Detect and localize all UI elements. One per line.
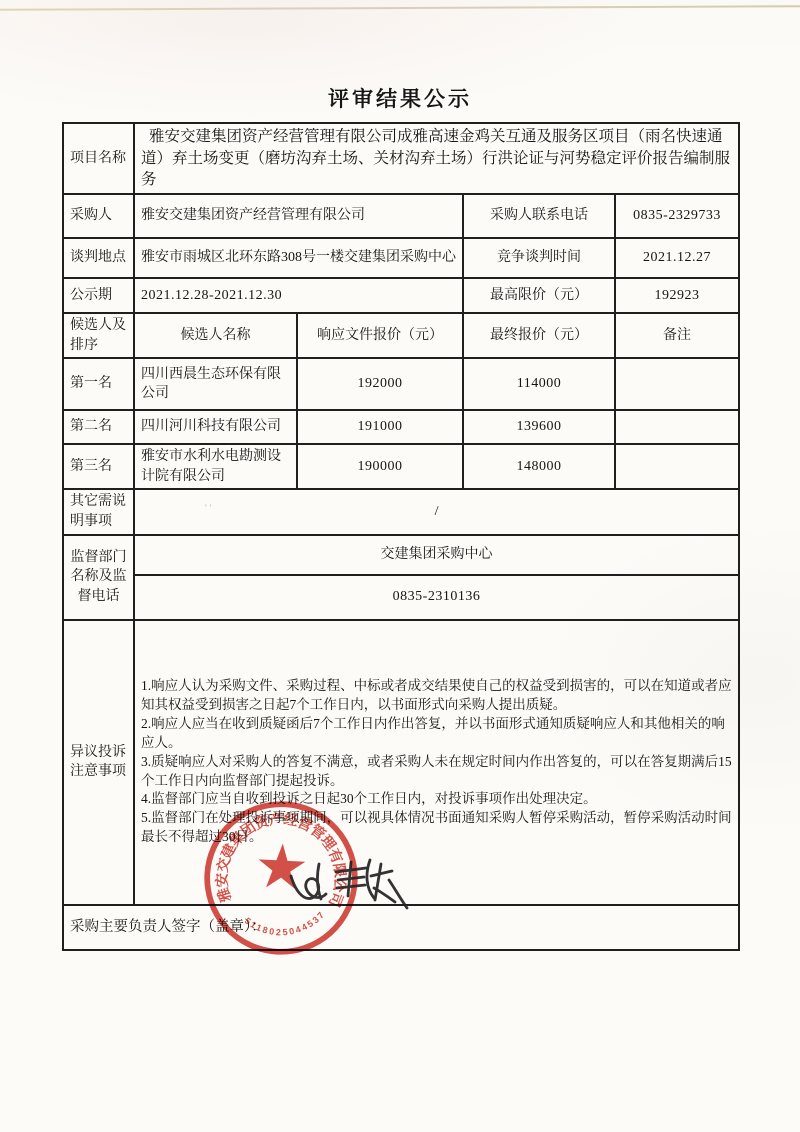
table-row-objection: 异议投诉注意事项 1.响应人认为采购文件、采购过程、中标或者成交结果使自己的权益… bbox=[63, 620, 739, 905]
negotiation-time-value: 2021.12.27 bbox=[615, 238, 739, 278]
signature-cell: 采购主要负责人签字（盖章）： bbox=[63, 905, 739, 950]
objection-item-2: 2.响应人应当在收到质疑函后7个工作日内作出答复，并以书面形式通知质疑响应人和其… bbox=[141, 715, 732, 753]
table-row-purchaser: 采购人 雅安交建集团资产经营管理有限公司 采购人联系电话 0835-232973… bbox=[63, 194, 739, 238]
max-price-label: 最高限价（元） bbox=[463, 278, 615, 313]
project-label: 项目名称 bbox=[63, 123, 134, 194]
candidates-header-row: 候选人及排序 候选人名称 响应文件报价（元） 最终报价（元） 备注 bbox=[63, 313, 739, 358]
scanned-document-page: 评审结果公示 项目名称 雅安交建集团资产经营管理有限公司成雅高速金鸡关互通及服务… bbox=[0, 0, 800, 1132]
table-row-location: 谈判地点 雅安市雨城区北环东路308号一楼交建集团采购中心 竞争谈判时间 202… bbox=[63, 238, 739, 278]
supervision-label: 监督部门名称及监督电话 bbox=[63, 535, 134, 620]
table-row-signature: 采购主要负责人签字（盖章）： bbox=[63, 905, 739, 950]
candidate-1-remark bbox=[615, 358, 739, 410]
candidate-2-remark bbox=[615, 410, 739, 444]
candidate-2-rank: 第二名 bbox=[63, 410, 134, 444]
objection-item-4: 4.监督部门应当自收到投诉之日起30个工作日内，对投诉事项作出处理决定。 bbox=[141, 790, 732, 809]
candidates-header-final-price: 最终报价（元） bbox=[463, 313, 615, 358]
location-label: 谈判地点 bbox=[63, 238, 134, 278]
candidate-row-3: 第三名 雅安市水利水电勘测设计院有限公司 190000 148000 bbox=[63, 444, 739, 489]
candidate-1-doc-price: 192000 bbox=[297, 358, 463, 410]
purchaser-value: 雅安交建集团资产经营管理有限公司 bbox=[134, 194, 463, 238]
objection-label: 异议投诉注意事项 bbox=[63, 620, 134, 905]
pencil-mark-artifact: '' bbox=[205, 503, 219, 513]
objection-item-1: 1.响应人认为采购文件、采购过程、中标或者成交结果使自己的权益受到损害的，可以在… bbox=[141, 677, 732, 715]
candidate-1-final-price: 114000 bbox=[463, 358, 615, 410]
purchaser-phone-value: 0835-2329733 bbox=[615, 194, 739, 238]
candidate-row-1: 第一名 四川西晨生态环保有限公司 192000 114000 bbox=[63, 358, 739, 410]
table-row-supervision-name: 监督部门名称及监督电话 交建集团采购中心 bbox=[63, 535, 739, 575]
supervision-name: 交建集团采购中心 bbox=[134, 535, 739, 575]
candidate-3-name: 雅安市水利水电勘测设计院有限公司 bbox=[134, 444, 297, 489]
candidate-2-final-price: 139600 bbox=[463, 410, 615, 444]
max-price-value: 192923 bbox=[615, 278, 739, 313]
publicity-value: 2021.12.28-2021.12.30 bbox=[134, 278, 463, 313]
candidates-header-rank: 候选人及排序 bbox=[63, 313, 134, 358]
negotiation-time-label: 竞争谈判时间 bbox=[463, 238, 615, 278]
objection-item-3: 3.质疑响应人对采购人的答复不满意，或者采购人未在规定时间内作出答复的，可以在答… bbox=[141, 753, 732, 791]
candidate-1-name: 四川西晨生态环保有限公司 bbox=[134, 358, 297, 410]
candidate-1-rank: 第一名 bbox=[63, 358, 134, 410]
candidate-2-doc-price: 191000 bbox=[297, 410, 463, 444]
candidate-3-rank: 第三名 bbox=[63, 444, 134, 489]
candidates-header-remark: 备注 bbox=[615, 313, 739, 358]
scan-edge-artifact bbox=[0, 5, 800, 11]
project-value: 雅安交建集团资产经营管理有限公司成雅高速金鸡关互通及服务区项目（雨名快速通道）弃… bbox=[134, 123, 739, 194]
objection-item-5: 5.监督部门在处理投诉事项期间，可以视具体情况书面通知采购人暂停采购活动，暂停采… bbox=[141, 809, 732, 847]
publicity-label: 公示期 bbox=[63, 278, 134, 313]
table-row-project: 项目名称 雅安交建集团资产经营管理有限公司成雅高速金鸡关互通及服务区项目（雨名快… bbox=[63, 123, 739, 194]
supervision-phone: 0835-2310136 bbox=[134, 575, 739, 620]
candidate-2-name: 四川河川科技有限公司 bbox=[134, 410, 297, 444]
candidate-3-remark bbox=[615, 444, 739, 489]
candidate-row-2: 第二名 四川河川科技有限公司 191000 139600 bbox=[63, 410, 739, 444]
other-label: 其它需说明事项 bbox=[63, 489, 134, 534]
purchaser-label: 采购人 bbox=[63, 194, 134, 238]
table-row-supervision-phone: 0835-2310136 bbox=[63, 575, 739, 620]
candidate-3-doc-price: 190000 bbox=[297, 444, 463, 489]
candidates-header-doc-price: 响应文件报价（元） bbox=[297, 313, 463, 358]
table-row-publicity: 公示期 2021.12.28-2021.12.30 最高限价（元） 192923 bbox=[63, 278, 739, 313]
table-row-other: 其它需说明事项 / bbox=[63, 489, 739, 534]
review-result-table: 项目名称 雅安交建集团资产经营管理有限公司成雅高速金鸡关互通及服务区项目（雨名快… bbox=[62, 122, 740, 951]
other-value: / bbox=[134, 489, 739, 534]
objection-content: 1.响应人认为采购文件、采购过程、中标或者成交结果使自己的权益受到损害的，可以在… bbox=[134, 620, 739, 905]
location-value: 雅安市雨城区北环东路308号一楼交建集团采购中心 bbox=[134, 238, 463, 278]
candidates-header-name: 候选人名称 bbox=[134, 313, 297, 358]
candidate-3-final-price: 148000 bbox=[463, 444, 615, 489]
purchaser-phone-label: 采购人联系电话 bbox=[463, 194, 615, 238]
signature-label: 采购主要负责人签字（盖章）： bbox=[70, 919, 266, 935]
document-title: 评审结果公示 bbox=[0, 83, 800, 113]
